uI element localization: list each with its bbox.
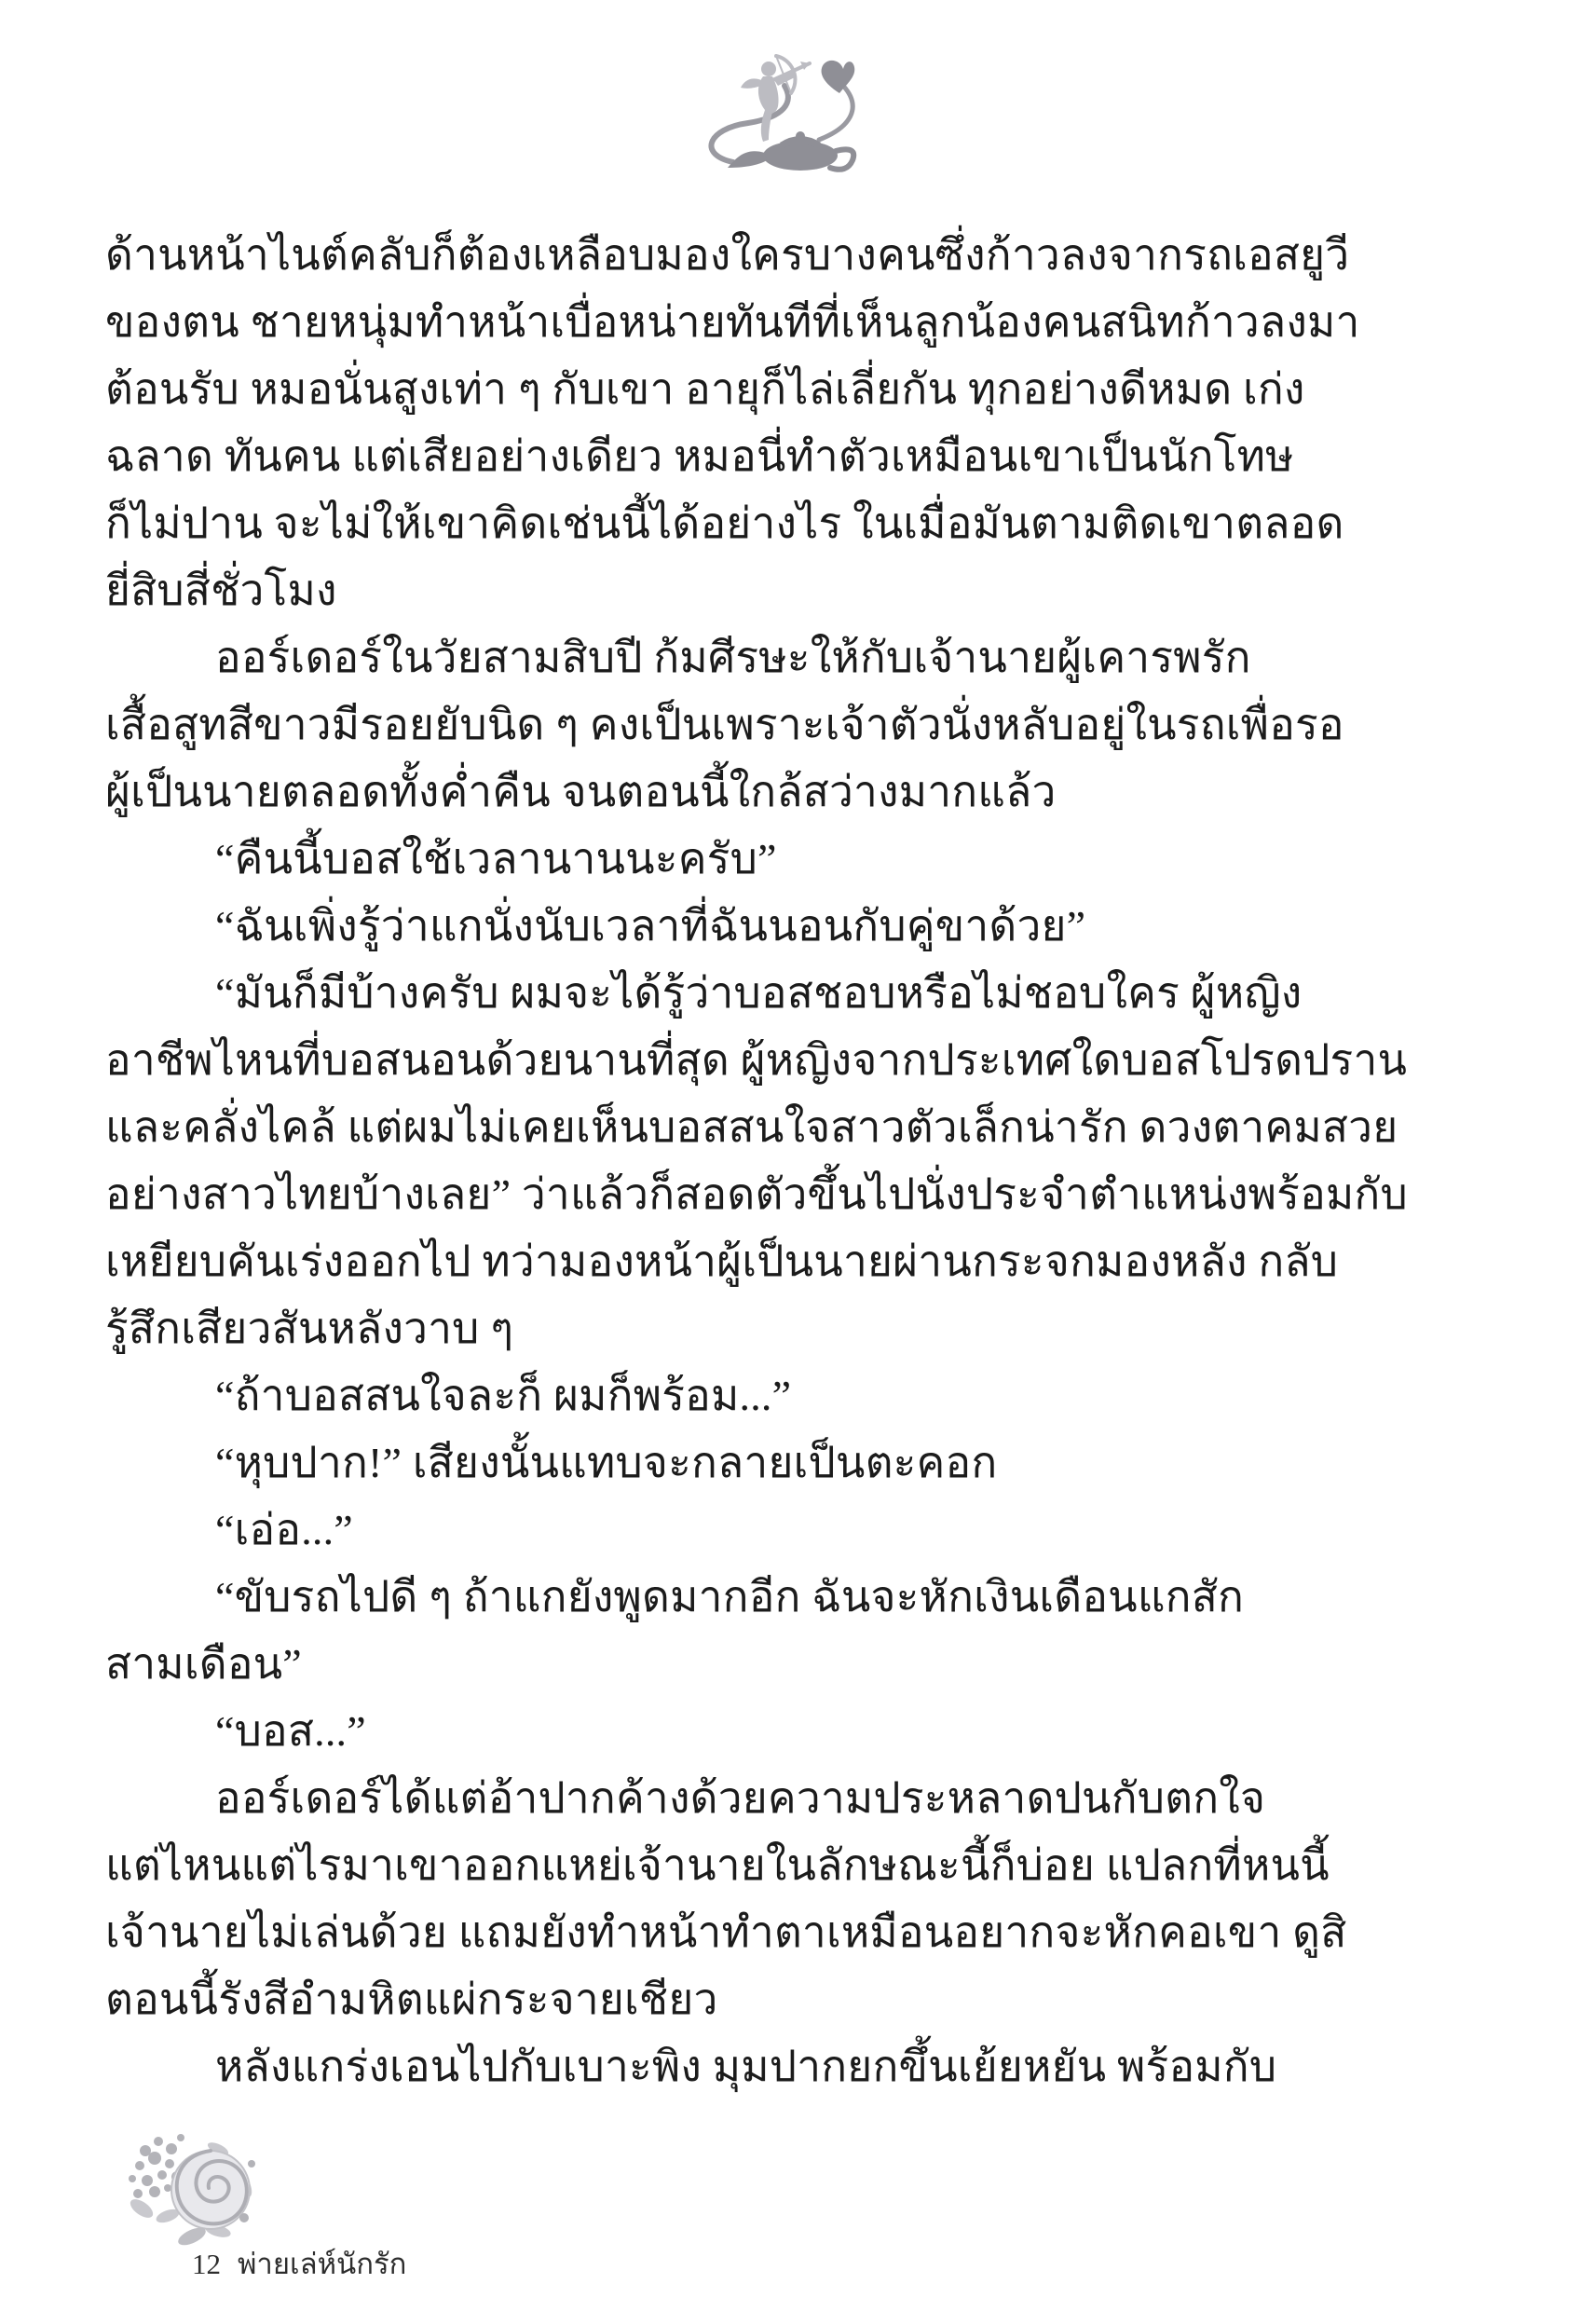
text-line: รู้สึกเสียวสันหลังวาบ ๆ — [105, 1295, 1495, 1362]
body-text-block: ด้านหน้าไนต์คลับก็ต้องเหลือบมองใครบางคนซ… — [105, 222, 1495, 2100]
dialogue-line: “ฉันเพิ่งรู้ว่าแกนั่งนับเวลาที่ฉันนอนกับ… — [105, 893, 1495, 960]
book-title: พ่ายเล่ห์นักรัก — [238, 2240, 406, 2287]
text-line: ก็ไม่ปาน จะไม่ให้เขาคิดเช่นนี้ได้อย่างไร… — [105, 490, 1495, 557]
page-number: 12 — [192, 2248, 221, 2281]
cupid-lamp-ornament-icon — [679, 48, 918, 173]
text-line: ต้อนรับ หมอนั่นสูงเท่า ๆ กับเขา อายุก็ไล… — [105, 356, 1495, 423]
text-line: ของตน ชายหนุ่มทำหน้าเบื่อหน่ายทันทีที่เห… — [105, 289, 1495, 356]
text-line: อาชีพไหนที่บอสนอนด้วยนานที่สุด ผู้หญิงจา… — [105, 1027, 1495, 1094]
text-line: ออร์เดอร์ในวัยสามสิบปี ก้มศีรษะให้กับเจ้… — [105, 624, 1495, 691]
text-line: ยี่สิบสี่ชั่วโมง — [105, 557, 1495, 624]
text-line: ด้านหน้าไนต์คลับก็ต้องเหลือบมองใครบางคนซ… — [105, 222, 1495, 289]
text-line: แต่ไหนแต่ไรมาเขาออกแหย่เจ้านายในลักษณะนี… — [105, 1832, 1495, 1899]
text-line: ตอนนี้รังสีอำมหิตแผ่กระจายเชียว — [105, 1966, 1495, 2033]
text-line: ฉลาด ทันคน แต่เสียอย่างเดียว หมอนี่ทำตัว… — [105, 423, 1495, 490]
dialogue-line: “บอส...” — [105, 1698, 1495, 1765]
text-line: ออร์เดอร์ได้แต่อ้าปากค้างด้วยความประหลาด… — [105, 1765, 1495, 1832]
text-line: เหยียบคันเร่งออกไป ทว่ามองหน้าผู้เป็นนาย… — [105, 1228, 1495, 1295]
dialogue-line: “ขับรถไปดี ๆ ถ้าแกยังพูดมากอีก ฉันจะหักเ… — [105, 1564, 1495, 1631]
dialogue-line: “หุบปาก!” เสียงนั้นแทบจะกลายเป็นตะคอก — [105, 1429, 1495, 1497]
book-page: ด้านหน้าไนต์คลับก็ต้องเหลือบมองใครบางคนซ… — [0, 0, 1596, 2311]
dialogue-line: “เอ่อ...” — [105, 1497, 1495, 1564]
text-line: หลังแกร่งเอนไปกับเบาะพิง มุมปากยกขึ้นเย้… — [105, 2033, 1495, 2100]
dialogue-line: “คืนนี้บอสใช้เวลานานนะครับ” — [105, 826, 1495, 893]
text-line: เสื้อสูทสีขาวมีรอยยับนิด ๆ คงเป็นเพราะเจ… — [105, 691, 1495, 759]
text-line: อย่างสาวไทยบ้างเลย” ว่าแล้วก็สอดตัวขึ้นไ… — [105, 1161, 1495, 1228]
page-footer: 12 พ่ายเล่ห์นักรัก — [192, 2240, 406, 2287]
dialogue-line: สามเดือน” — [105, 1631, 1495, 1698]
text-line: และคลั่งไคล้ แต่ผมไม่เคยเห็นบอสสนใจสาวตั… — [105, 1094, 1495, 1161]
dialogue-line: “มันก็มีบ้างครับ ผมจะได้รู้ว่าบอสชอบหรือ… — [105, 960, 1495, 1027]
dialogue-line: “ถ้าบอสสนใจละก็ ผมก็พร้อม...” — [105, 1362, 1495, 1429]
text-line: เจ้านายไม่เล่นด้วย แถมยังทำหน้าทำตาเหมือ… — [105, 1899, 1495, 1966]
text-line: ผู้เป็นนายตลอดทั้งค่ำคืน จนตอนนี้ใกล้สว่… — [105, 759, 1495, 826]
